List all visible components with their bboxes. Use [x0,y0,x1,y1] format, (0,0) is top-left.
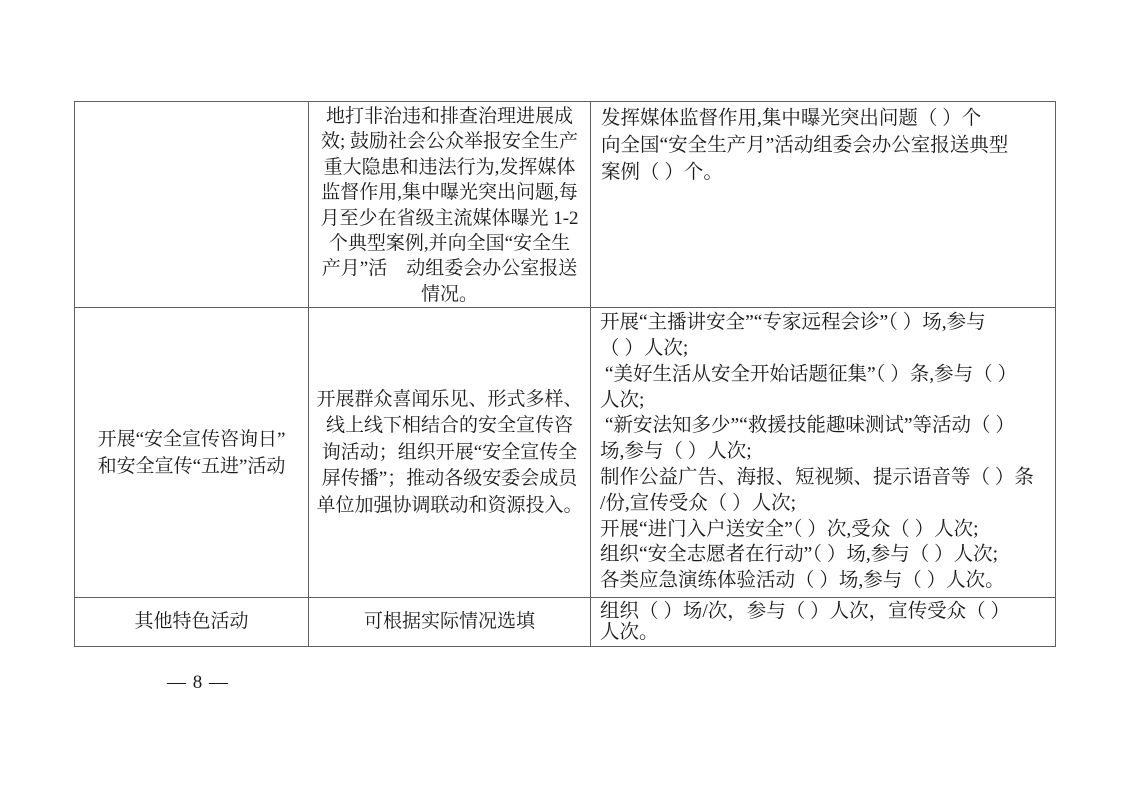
table-row-media-exposure: 地打非治违和排查治理进展成 效; 鼓励社会公众举报安全生产 重大隐患和违法行为,… [75,102,1056,308]
document-page: 地打非治违和排查治理进展成 效; 鼓励社会公众举报安全生产 重大隐患和违法行为,… [0,0,1122,793]
cell-activity-name-other: 其他特色活动 [75,598,309,647]
cell-fill-in-statistics-consultation: 开展“主播讲安全”“专家远程会诊”（ ）场,参与 （ ）人次; “美好生活从安全… [591,308,1056,598]
table-row-consultation-day: 开展“安全宣传咨询日” 和安全宣传“五进”活动 开展群众喜闻乐见、形式多样、 线… [75,308,1056,598]
cell-fill-in-statistics-other: 组织（ ）场/次，参与（ ）人次，宣传受众（ ） 人次。 [591,598,1056,647]
table-row-other-activities: 其他特色活动 可根据实际情况选填 组织（ ）场/次，参与（ ）人次，宣传受众（ … [75,598,1056,647]
cell-activity-name-consultation-day: 开展“安全宣传咨询日” 和安全宣传“五进”活动 [75,308,309,598]
cell-fill-in-statistics-media: 发挥媒体监督作用,集中曝光突出问题（ ）个 向全国“安全生产月”活动组委会办公室… [591,102,1056,308]
cell-activity-requirements-other: 可根据实际情况选填 [309,598,591,647]
activity-table: 地打非治违和排查治理进展成 效; 鼓励社会公众举报安全生产 重大隐患和违法行为,… [74,101,1056,647]
cell-activity-requirements-continued: 地打非治违和排查治理进展成 效; 鼓励社会公众举报安全生产 重大隐患和违法行为,… [309,102,591,308]
cell-activity-name-empty [75,102,309,308]
cell-activity-requirements-consultation: 开展群众喜闻乐见、形式多样、 线上线下相结合的安全宣传咨 询活动；组织开展“安全… [309,308,591,598]
page-number: — 8 — [158,672,238,694]
